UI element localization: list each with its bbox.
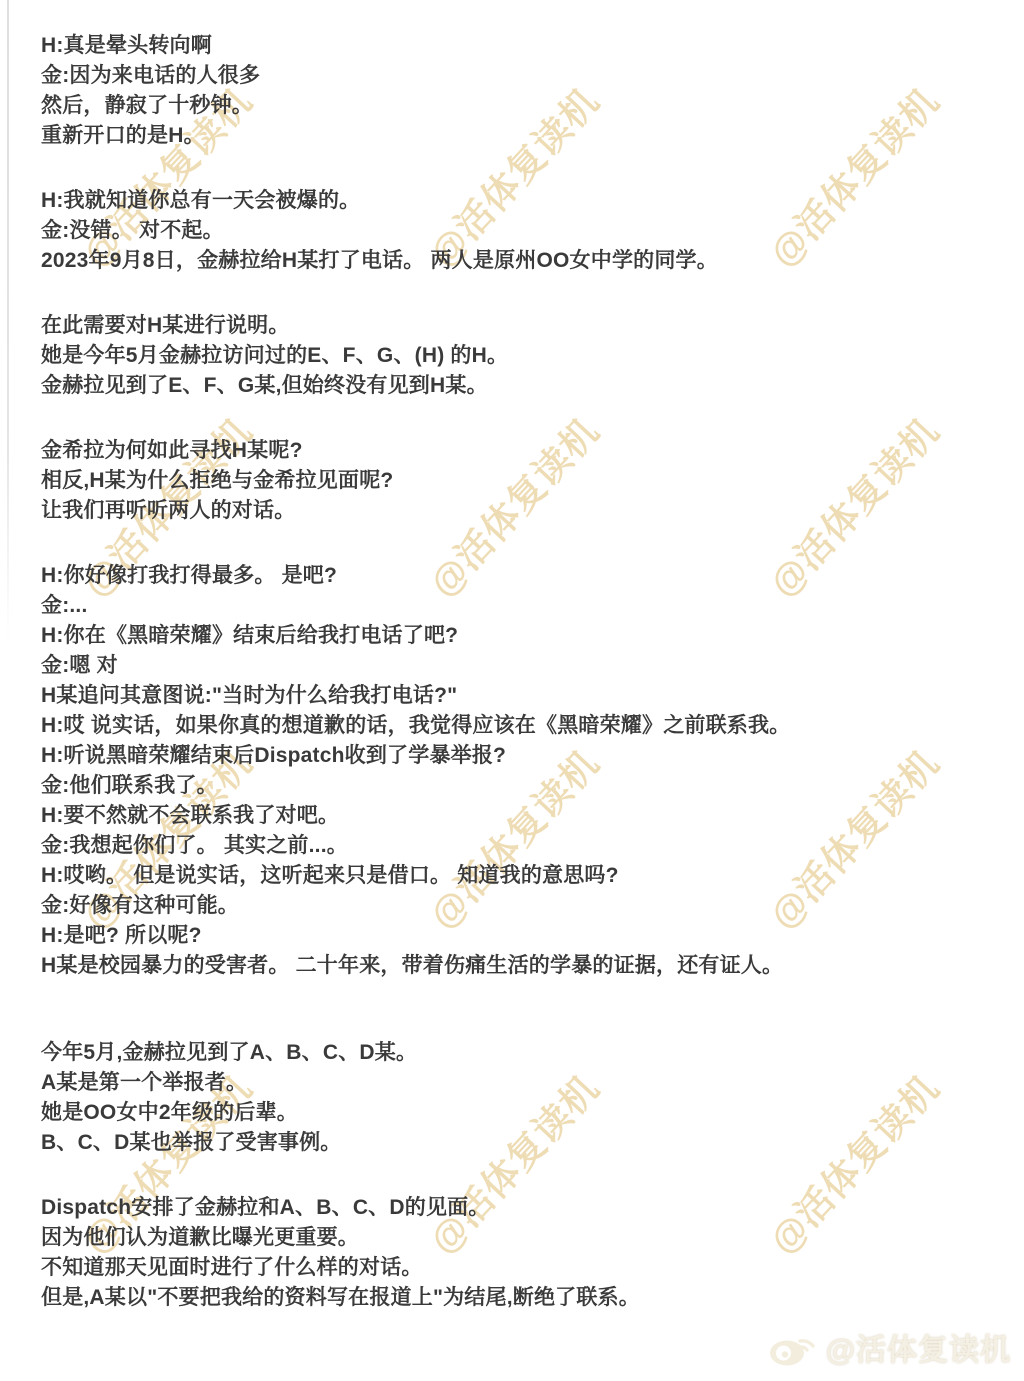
text-line: H某是校园暴力的受害者。 二十年来，带着伤痛生活的学暴的证据，还有证人。: [41, 951, 1006, 981]
paragraph: H:我就知道你总有一天会被爆的。金:没错。 对不起。2023年9月8日，金赫拉给…: [41, 186, 1006, 276]
text-line: 不知道那天见面时进行了什么样的对话。: [41, 1253, 1006, 1283]
paragraph: H:真是晕头转向啊金:因为来电话的人很多然后，静寂了十秒钟。重新开口的是H。: [41, 31, 1006, 151]
text-line: H:真是晕头转向啊: [41, 31, 1006, 61]
text-line: H:你在《黑暗荣耀》结束后给我打电话了吧?: [41, 621, 1006, 651]
text-line: 今年5月,金赫拉见到了A、B、C、D某。: [41, 1038, 1006, 1068]
paragraph: Dispatch安排了金赫拉和A、B、C、D的见面。因为他们认为道歉比曝光更重要…: [41, 1193, 1006, 1313]
text-line: H:要不然就不会联系我了对吧。: [41, 801, 1006, 831]
text-line: 她是OO女中2年级的后辈。: [41, 1098, 1006, 1128]
paragraph: 今年5月,金赫拉见到了A、B、C、D某。A某是第一个举报者。她是OO女中2年级的…: [41, 1038, 1006, 1158]
text-line: 金:因为来电话的人很多: [41, 61, 1006, 91]
paragraph: H:你好像打我打得最多。 是吧?金:...H:你在《黑暗荣耀》结束后给我打电话了…: [41, 561, 1006, 981]
weibo-handle: @活体复读机: [826, 1325, 1011, 1369]
text-line: 金:他们联系我了。: [41, 771, 1006, 801]
text-line: 重新开口的是H。: [41, 121, 1006, 151]
text-line: 金赫拉见到了E、F、G某,但始终没有见到H某。: [41, 371, 1006, 401]
weibo-logo-icon: [767, 1326, 819, 1368]
text-line: 金:...: [41, 591, 1006, 621]
text-line: 但是,A某以"不要把我给的资料写在报道上"为结尾,断绝了联系。: [41, 1283, 1006, 1313]
text-line: H:是吧? 所以呢?: [41, 921, 1006, 951]
text-line: H:哎哟。 但是说实话，这听起来只是借口。 知道我的意思吗?: [41, 861, 1006, 891]
text-line: 因为他们认为道歉比曝光更重要。: [41, 1223, 1006, 1253]
text-line: 然后，静寂了十秒钟。: [41, 91, 1006, 121]
text-line: 让我们再听听两人的对话。: [41, 496, 1006, 526]
article-text: H:真是晕头转向啊金:因为来电话的人很多然后，静寂了十秒钟。重新开口的是H。H:…: [41, 31, 1006, 1348]
text-line: 相反,H某为什么拒绝与金希拉见面呢?: [41, 466, 1006, 496]
text-line: 金:嗯 对: [41, 651, 1006, 681]
text-line: Dispatch安排了金赫拉和A、B、C、D的见面。: [41, 1193, 1006, 1223]
text-line: 金希拉为何如此寻找H某呢?: [41, 436, 1006, 466]
text-line: A某是第一个举报者。: [41, 1068, 1006, 1098]
text-line: 金:没错。 对不起。: [41, 216, 1006, 246]
text-line: H某追问其意图说:"当时为什么给我打电话?": [41, 681, 1006, 711]
text-line: B、C、D某也举报了受害事例。: [41, 1128, 1006, 1158]
text-line: H:你好像打我打得最多。 是吧?: [41, 561, 1006, 591]
paragraph: 在此需要对H某进行说明。她是今年5月金赫拉访问过的E、F、G、(H) 的H。金赫…: [41, 311, 1006, 401]
text-line: H:哎 说实话，如果你真的想道歉的话，我觉得应该在《黑暗荣耀》之前联系我。: [41, 711, 1006, 741]
text-line: 金:好像有这种可能。: [41, 891, 1006, 921]
text-line: 2023年9月8日，金赫拉给H某打了电话。 两人是原州OO女中学的同学。: [41, 246, 1006, 276]
text-line: 她是今年5月金赫拉访问过的E、F、G、(H) 的H。: [41, 341, 1006, 371]
left-edge-artifact-line: [7, 0, 9, 640]
text-line: H:我就知道你总有一天会被爆的。: [41, 186, 1006, 216]
weibo-watermark-signature: @活体复读机: [767, 1325, 1011, 1369]
text-line: 金:我想起你们了。 其实之前...。: [41, 831, 1006, 861]
text-line: H:听说黑暗荣耀结束后Dispatch收到了学暴举报?: [41, 741, 1006, 771]
text-line: 在此需要对H某进行说明。: [41, 311, 1006, 341]
paragraph: 金希拉为何如此寻找H某呢?相反,H某为什么拒绝与金希拉见面呢?让我们再听听两人的…: [41, 436, 1006, 526]
